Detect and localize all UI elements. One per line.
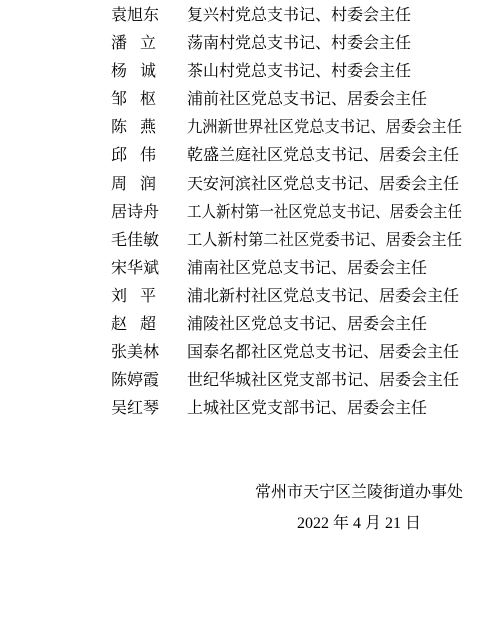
appointee-name: 居诗舟 bbox=[111, 199, 156, 227]
appointee-title: 国泰名都社区党总支书记、居委会主任 bbox=[187, 339, 459, 367]
appointment-list: 袁旭东 复兴村党总支书记、村委会主任 潘立 荡南村党总支书记、村委会主任 杨诚 … bbox=[0, 2, 481, 423]
appointment-row: 张美林 国泰名都社区党总支书记、居委会主任 bbox=[0, 339, 481, 367]
issuer-name: 常州市天宁区兰陵街道办事处 bbox=[255, 479, 463, 507]
appointee-name: 袁旭东 bbox=[111, 2, 156, 30]
signature-block: 常州市天宁区兰陵街道办事处 2022 年 4 月 21 日 bbox=[255, 479, 463, 538]
appointee-name: 潘立 bbox=[111, 30, 156, 58]
appointment-row: 宋华斌 浦南社区党总支书记、居委会主任 bbox=[0, 255, 481, 283]
appointee-name: 邱伟 bbox=[111, 142, 156, 170]
appointee-title: 复兴村党总支书记、村委会主任 bbox=[187, 2, 411, 30]
appointee-name: 赵超 bbox=[111, 311, 156, 339]
appointment-row: 赵超 浦陵社区党总支书记、居委会主任 bbox=[0, 311, 481, 339]
appointee-title: 世纪华城社区党支部书记、居委会主任 bbox=[187, 367, 459, 395]
appointee-name: 周润 bbox=[111, 171, 156, 199]
appointee-name: 吴红琴 bbox=[111, 395, 156, 423]
appointee-title: 浦陵社区党总支书记、居委会主任 bbox=[187, 311, 427, 339]
appointment-row: 杨诚 茶山村党总支书记、村委会主任 bbox=[0, 58, 481, 86]
appointee-title: 天安河滨社区党总支书记、居委会主任 bbox=[187, 171, 459, 199]
appointee-name: 刘平 bbox=[111, 283, 156, 311]
issue-date: 2022 年 4 月 21 日 bbox=[255, 510, 463, 538]
appointment-row: 刘平 浦北新村社区党总支书记、居委会主任 bbox=[0, 283, 481, 311]
appointee-name: 陈婷霞 bbox=[111, 367, 156, 395]
appointee-title: 荡南村党总支书记、村委会主任 bbox=[187, 30, 411, 58]
appointee-name: 陈燕 bbox=[111, 114, 156, 142]
appointment-row: 邹枢 浦前社区党总支书记、居委会主任 bbox=[0, 86, 481, 114]
document-page: 袁旭东 复兴村党总支书记、村委会主任 潘立 荡南村党总支书记、村委会主任 杨诚 … bbox=[0, 0, 481, 628]
appointee-title: 浦前社区党总支书记、居委会主任 bbox=[187, 86, 427, 114]
appointment-row: 毛佳敏 工人新村第二社区党委书记、居委会主任 bbox=[0, 227, 481, 255]
appointee-title: 九洲新世界社区党总支书记、居委会主任 bbox=[187, 114, 462, 142]
appointee-title: 浦南社区党总支书记、居委会主任 bbox=[187, 255, 427, 283]
appointee-name: 张美林 bbox=[111, 339, 156, 367]
appointee-title: 上城社区党支部书记、居委会主任 bbox=[187, 395, 427, 423]
appointment-row: 周润 天安河滨社区党总支书记、居委会主任 bbox=[0, 171, 481, 199]
appointee-title: 工人新村第二社区党委书记、居委会主任 bbox=[187, 227, 462, 255]
appointee-title: 工人新村第一社区党总支书记、居委会主任 bbox=[187, 199, 462, 227]
appointment-row: 居诗舟 工人新村第一社区党总支书记、居委会主任 bbox=[0, 199, 481, 227]
appointee-name: 毛佳敏 bbox=[111, 227, 156, 255]
appointment-row: 邱伟 乾盛兰庭社区党总支书记、居委会主任 bbox=[0, 142, 481, 170]
appointment-row: 潘立 荡南村党总支书记、村委会主任 bbox=[0, 30, 481, 58]
appointee-title: 茶山村党总支书记、村委会主任 bbox=[187, 58, 411, 86]
appointee-title: 乾盛兰庭社区党总支书记、居委会主任 bbox=[187, 142, 459, 170]
appointment-row: 袁旭东 复兴村党总支书记、村委会主任 bbox=[0, 2, 481, 30]
appointment-row: 吴红琴 上城社区党支部书记、居委会主任 bbox=[0, 395, 481, 423]
appointee-title: 浦北新村社区党总支书记、居委会主任 bbox=[187, 283, 459, 311]
appointment-row: 陈婷霞 世纪华城社区党支部书记、居委会主任 bbox=[0, 367, 481, 395]
appointee-name: 邹枢 bbox=[111, 86, 156, 114]
appointee-name: 宋华斌 bbox=[111, 255, 156, 283]
appointee-name: 杨诚 bbox=[111, 58, 156, 86]
appointment-row: 陈燕 九洲新世界社区党总支书记、居委会主任 bbox=[0, 114, 481, 142]
